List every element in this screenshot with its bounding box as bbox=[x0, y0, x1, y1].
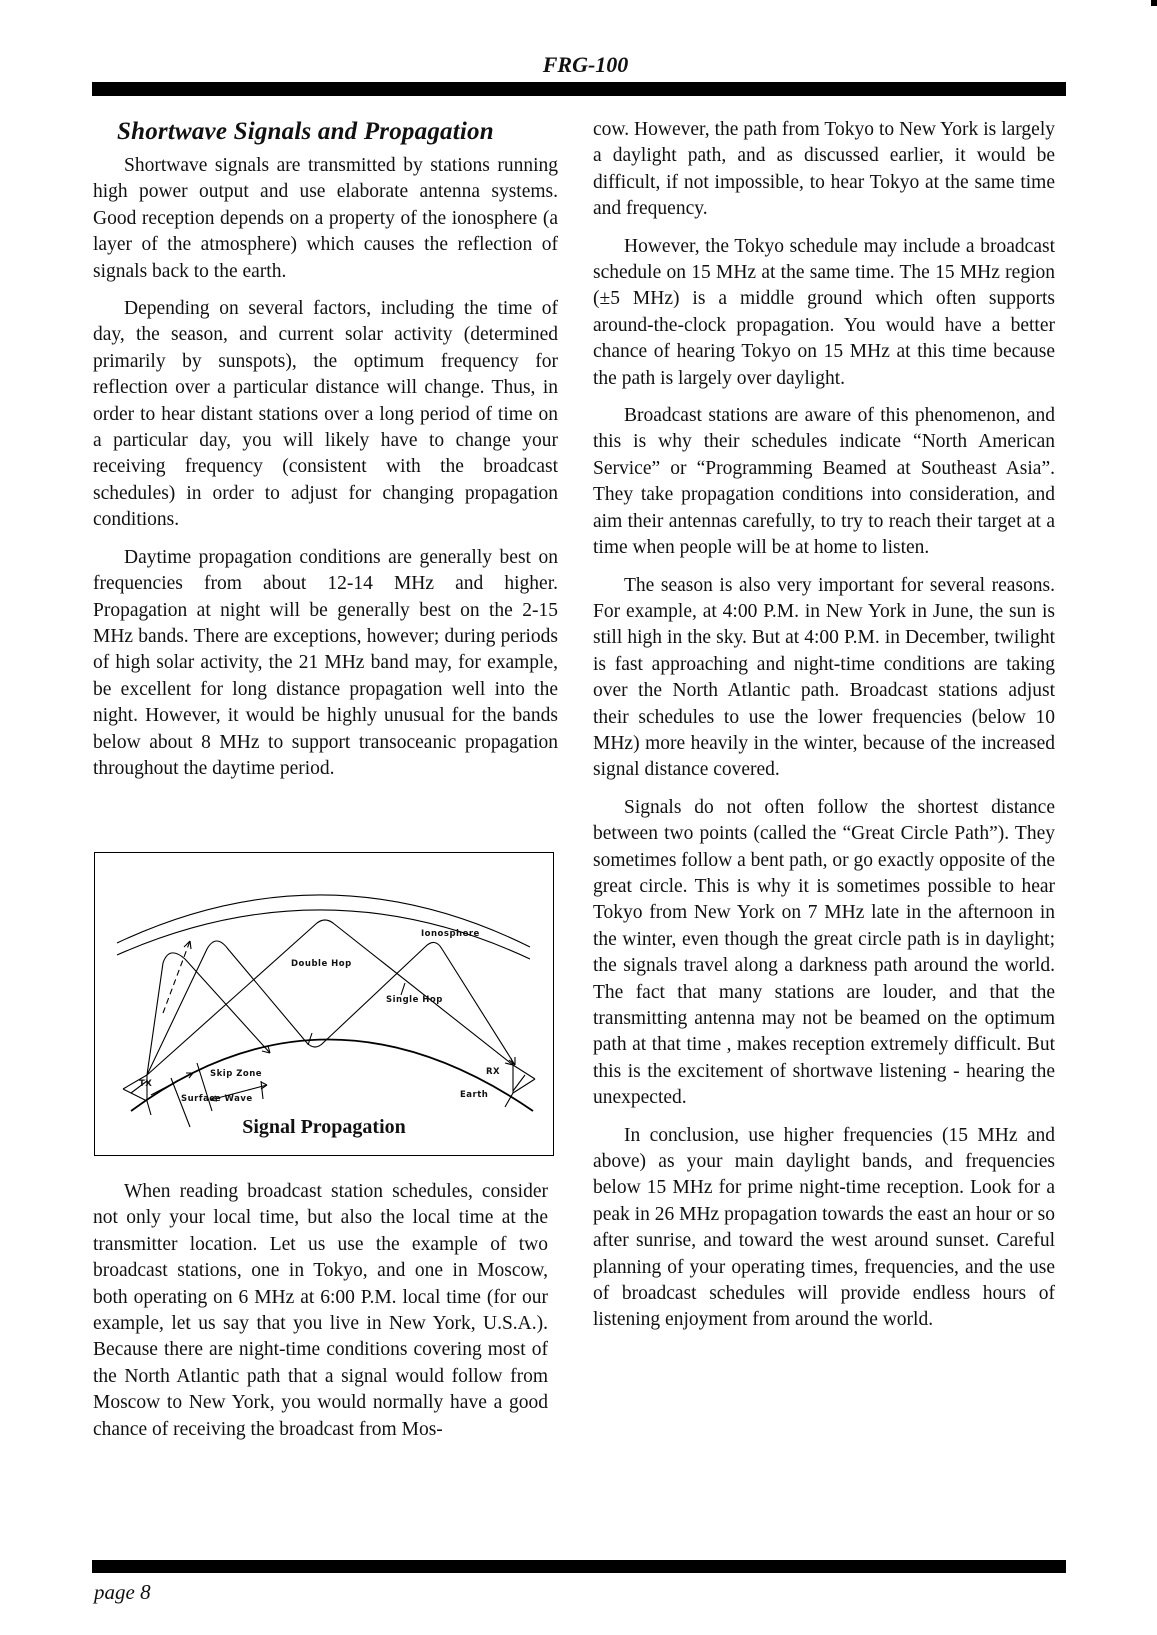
paragraph: In conclusion, use higher frequencies (1… bbox=[593, 1123, 1055, 1334]
footer-rule bbox=[92, 1560, 1066, 1573]
section-title: Shortwave Signals and Propagation bbox=[117, 117, 558, 147]
paragraph: cow. However, the path from Tokyo to New… bbox=[593, 117, 1055, 223]
escaping-ray bbox=[163, 941, 190, 1013]
single-hop-ray bbox=[147, 920, 513, 1075]
paragraph: However, the Tokyo schedule may include … bbox=[593, 234, 1055, 392]
left-column-continued: When reading broadcast station schedules… bbox=[93, 1179, 548, 1454]
scan-corner-mark bbox=[1151, 0, 1157, 6]
double-hop-pointer bbox=[308, 1033, 312, 1045]
paragraph: Daytime propagation conditions are gener… bbox=[93, 545, 558, 783]
skip-zone-label: Skip Zone bbox=[210, 1069, 262, 1079]
short-hop-ray bbox=[147, 953, 270, 1075]
right-column: cow. However, the path from Tokyo to New… bbox=[593, 117, 1055, 1345]
skip-zone-end-tick bbox=[261, 1081, 263, 1099]
paragraph: When reading broadcast station schedules… bbox=[93, 1179, 548, 1443]
surface-wave-arrow bbox=[151, 1073, 193, 1095]
left-column: Shortwave Signals and Propagation Shortw… bbox=[93, 113, 558, 793]
tx-label: TX bbox=[139, 1079, 152, 1089]
earth-label: Earth bbox=[460, 1090, 488, 1100]
running-header-title: FRG-100 bbox=[0, 52, 1157, 78]
header-rule bbox=[92, 82, 1066, 96]
rx-label: RX bbox=[486, 1067, 500, 1077]
paragraph: The season is also very important for se… bbox=[593, 573, 1055, 784]
single-hop-label: Single Hop bbox=[386, 995, 443, 1005]
rx-antenna-icon bbox=[513, 1065, 535, 1093]
ionosphere-label: Ionosphere bbox=[421, 929, 480, 939]
page-number: page 8 bbox=[94, 1580, 151, 1605]
paragraph: Signals do not often follow the shortest… bbox=[593, 795, 1055, 1112]
propagation-diagram bbox=[95, 853, 555, 1157]
double-hop-label: Double Hop bbox=[291, 959, 352, 969]
signal-propagation-figure: Ionosphere Double Hop Single Hop Skip Zo… bbox=[94, 852, 554, 1156]
single-hop-pointer bbox=[401, 983, 405, 995]
paragraph: Shortwave signals are transmitted by sta… bbox=[93, 153, 558, 285]
paragraph: Depending on several factors, including … bbox=[93, 296, 558, 534]
surface-wave-label: Surface Wave bbox=[181, 1094, 253, 1104]
figure-caption: Signal Propagation bbox=[95, 1116, 553, 1139]
paragraph: Broadcast stations are aware of this phe… bbox=[593, 403, 1055, 561]
ionosphere-outer-arc bbox=[117, 895, 530, 947]
